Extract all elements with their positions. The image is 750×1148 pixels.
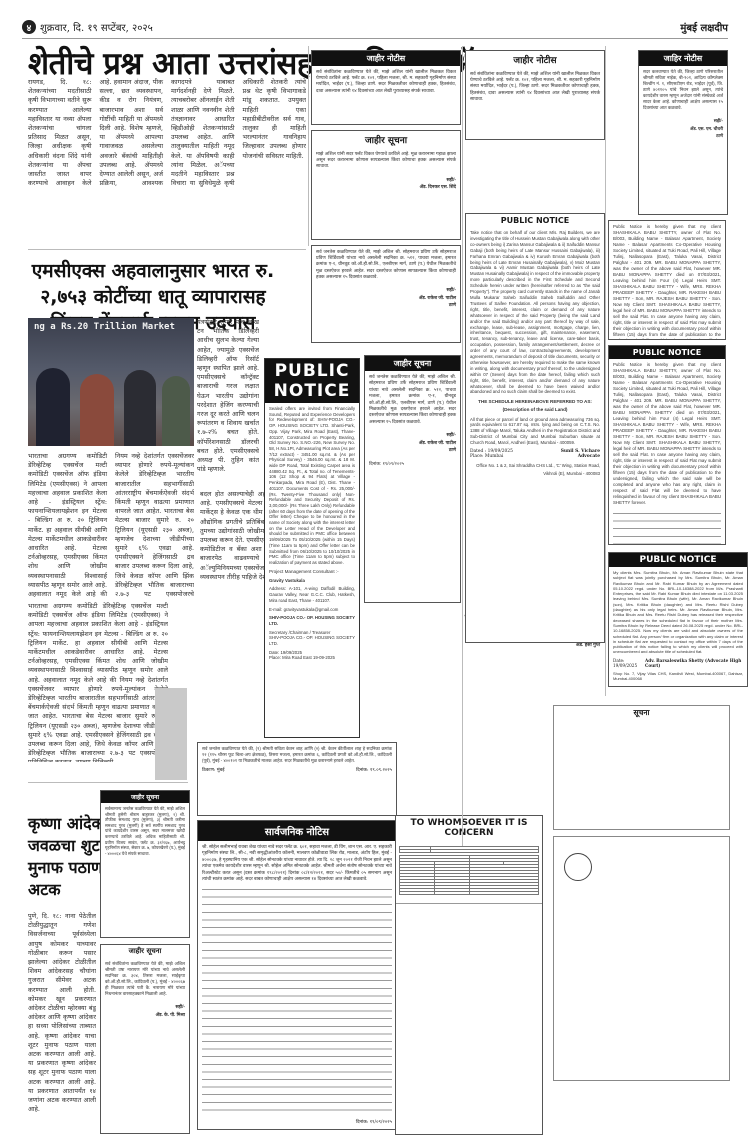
notice-signatory: Secretary /Chairman / Treasurer SHIV-POO… — [265, 630, 359, 650]
header-divider — [22, 38, 728, 39]
person-silhouette — [80, 374, 114, 446]
jahir-suchana-wide-2: सार्वजनिक नोटिस श्री. सोहेल सलीमभाई रावब… — [197, 820, 397, 1130]
photo-banner-text: ng a Rs.20 Trillion Market — [28, 318, 194, 336]
notice-title: सार्वजनिक नोटिस — [198, 821, 396, 841]
notice-body-continued — [613, 511, 721, 545]
notice-date: Date: 19/09/2025 — [613, 658, 645, 668]
notice-footer: Date: 19/09/2025 Adv. Barsaleswika Shett… — [609, 658, 747, 668]
notice-body: सर्व जनतेस कळविण्यात येते की, माझे अशिल … — [365, 371, 460, 428]
public-notice-shetty: PUBLIC NOTICE My clients Mrs. Sumitra Bh… — [608, 552, 748, 687]
consultant-address: Address: A-101, A-wing Daffodil Building… — [265, 586, 359, 606]
notice-title: जाहीर सूचना — [312, 131, 460, 148]
public-notice-sealed-offers: PUBLIC NOTICE Sealed offers are invited … — [264, 358, 360, 738]
crime-article-body: पुणे, दि. १८: नाना पेठेतील टोळीयुद्धातून… — [28, 912, 96, 1134]
notice-signature: सही/- ॲड. दिनकर एस. शिंदे — [312, 173, 460, 194]
schedule-subtitle: (Description of the said Land) — [466, 406, 604, 414]
notice-body: सर्व संबंधितांना कळविण्यात येते की, माझे… — [101, 958, 189, 1000]
notice-title: जाहीर नोटीस — [312, 51, 460, 66]
notice-footer: Dated : 19/09/2025 Place: Mumbai Sunil S… — [466, 449, 604, 459]
suchana-society-notice — [553, 836, 730, 1081]
notice-title: जाहीर सूचना — [101, 791, 189, 803]
mcx-article-body: भारताचा अग्रगण्य कमोडिटी डेरिव्हेटिव्ह ए… — [28, 452, 194, 600]
mcx-article-continued: भारताचा अग्रगण्य कमोडिटी डेरिव्हेटिव्ह ए… — [28, 602, 168, 762]
mcx-event-photo: ng a Rs.20 Trillion Market — [28, 318, 194, 446]
notice-footer: दिनांक: १९/०९/२०२५ — [198, 1119, 396, 1125]
notice-title: जाहिर नोटीस — [639, 51, 727, 66]
carpet-area-table — [399, 855, 539, 895]
notice-body: सर्व जनतेस कळविण्यात येते की, माझे अशिल … — [312, 246, 460, 283]
society-stamp — [564, 853, 592, 881]
notice-signature: सही/- ॲड. राकेश जी. पाटील ठाणे — [365, 428, 460, 457]
notice-place-date — [554, 851, 729, 883]
notice-body: सर्वसामान्य जनतेस कळविण्यात येते की, माझ… — [101, 803, 189, 859]
society-name: SHIV-POOJA CO.- OP. HOUSING SOCIETY LTD. — [265, 615, 359, 629]
public-notice-gabajiwala: PUBLIC NOTICE Take notice that on behalf… — [465, 213, 605, 643]
date-line: शुक्रवार, दि. १९ सप्टेंबर, २०२५ — [40, 20, 153, 34]
jahir-notice-top-right: जाहिर नोटीस सदर कलवण्यात येते की, जिल्हा… — [638, 50, 728, 215]
masthead: मुंबई लक्षदीप — [680, 20, 728, 34]
mcx-article-side: यंत्रणेद्वारे सुमारे पाच लाख टन भौतिक डि… — [197, 318, 259, 488]
lead-article-body: रायगड, दि. १८: शेतकऱ्यांच्या मदतीसाठी कृ… — [28, 78, 306, 246]
jahir-suchana-right-col: PUBLIC NOTICE Public Notice is hereby gi… — [608, 345, 726, 545]
notice-office: Office No. 1 & 2, Sai Shraddha CHS Ltd.,… — [466, 459, 604, 480]
paschim-notice: जाहीर सूचना सर्व संबंधितांना कळविण्यात य… — [100, 944, 190, 1134]
notice-body: माझे अशिल यांनी सदर फ्लॅट विकत घेण्याचे … — [312, 148, 460, 173]
jahir-suchana-wide: सर्व जनतेस कळविण्यात येते की, (१) श्रीमत… — [197, 742, 397, 816]
notice-body: सदर कलवण्यात येते की, जिल्हा ठाणे परिसरा… — [639, 66, 727, 114]
notice-title: PUBLIC NOTICE — [265, 359, 359, 403]
notice-title: जाहीर सूचना — [101, 945, 189, 958]
notice-date: दिनांक: १९.०९.२०२५ — [356, 767, 392, 773]
notice-signature: सही/- ॲड. के. पी. मिश्रा — [101, 1000, 189, 1021]
ad-placeholder — [155, 688, 187, 780]
notice-date: Date: 19/09/2025 Place: Mira Road East 1… — [265, 650, 359, 664]
notice-body: श्री. सोहेल सलीमभाई रावबा शेख यांच्या ना… — [198, 841, 396, 885]
notice-body: सर्व संबंधितांना कळविण्यात येते की, माझे… — [312, 66, 460, 97]
notice-date: दिनांक: १९/०९/२०२५ — [356, 1119, 392, 1125]
column-divider — [308, 46, 309, 246]
column-divider — [462, 46, 463, 846]
page-header-left: ४ शुक्रवार, दि. १९ सप्टेंबर, २०२५ — [22, 20, 153, 34]
column-divider — [605, 46, 606, 696]
notice-date: दिनांक: १९/०९/२०२५ — [365, 457, 460, 471]
notice-address — [396, 903, 542, 910]
schedule-body: All that piece or parcel of land or grou… — [466, 414, 604, 450]
consultant-name: Gravity Vastukala — [265, 578, 359, 587]
notice-title: TO WHOMSOEVER IT IS CONCERN — [396, 816, 542, 840]
notice-title: जाहीर सूचना — [365, 356, 460, 371]
notice-place: ठिकाण: मुंबई — [202, 767, 225, 773]
notice-signature: सही/- ॲड. एस. एम. चौधरी ठाणे — [639, 114, 727, 143]
notice-title: PUBLIC NOTICE — [609, 553, 747, 567]
divider — [28, 249, 306, 250]
notice-outro — [396, 895, 542, 901]
jahir-notice-mid-right: जाहीर नोटीस सर्व संबंधितांना कळविण्यात य… — [465, 50, 605, 140]
notice-body-continued — [202, 887, 392, 1117]
notice-signature: सही/- ॲड. राकेश जी. पाटील ठाणे — [312, 283, 460, 312]
schedule-title: THE SCHEDULE HEREINABOVE REFERRED TO AS: — [466, 398, 604, 406]
jahir-suchana-right-top: Public Notice is hereby given that my cl… — [608, 220, 726, 340]
jahir-suchana-advocate: सर्व जनतेस कळविण्यात येते की, माझे अशिल … — [311, 245, 461, 343]
notice-title: PUBLIC NOTICE — [466, 214, 604, 227]
to-whomsoever-notice: सूचना — [553, 705, 730, 830]
notice-body: My clients Mrs. Sumitra Bhuin, Mr. Aman … — [609, 567, 747, 658]
notice-title: PUBLIC NOTICE — [609, 346, 725, 359]
notice-body: Public Notice is hereby given that my cl… — [609, 221, 725, 340]
jahir-notice-property-table: TO WHOMSOEVER IT IS CONCERN — [395, 815, 543, 1135]
notice-body: सर्व जनतेस कळविण्यात येते की, (१) श्रीमत… — [198, 743, 396, 767]
property-table-wrap — [396, 846, 542, 895]
notice-place: Place: Mumbai — [470, 454, 513, 459]
jahir-suchana-small: जाहीर सूचना माझे अशिल यांनी सदर फ्लॅट वि… — [311, 130, 461, 240]
notice-signature-block — [554, 726, 729, 732]
consultant-email: E-mail: gravityvastukala@gmail.com — [265, 607, 359, 616]
notice-body: Take notice that on behalf of our client… — [466, 227, 604, 398]
person-silhouette — [162, 376, 190, 446]
page-number: ४ — [22, 20, 36, 34]
property-info-table — [399, 846, 539, 853]
person-silhouette — [36, 368, 70, 446]
notice-body: सर्व संबंधितांना कळविण्यात येते की, माझे… — [466, 68, 604, 105]
notice-title: जाहीर नोटीस — [466, 51, 604, 68]
notice-signatory: Adv. Barsaleswika Shetty (Advocate High … — [645, 658, 743, 668]
notice-footer: ठिकाण: मुंबई दिनांक: १९.०९.२०२५ — [198, 767, 396, 773]
divider — [28, 782, 188, 783]
notice-signatory-role: Advocate — [561, 454, 600, 459]
notice-body: Public Notice is hereby given that my cl… — [609, 359, 725, 509]
consultant-label: Project Management Consultant :- — [265, 569, 359, 578]
person-silhouette — [124, 370, 156, 446]
jahir-suchana-mid: जाहीर सूचना सर्व जनतेस कळविण्यात येते की… — [364, 355, 461, 603]
notice-body: Sealed offers are invited from Financial… — [265, 403, 359, 569]
public-notice-bhuin: जाहीर सूचना सर्वसामान्य जनतेस कळविण्यात … — [100, 790, 190, 938]
jahir-notice-top-mid: जाहीर नोटीस सर्व संबंधितांना कळविण्यात य… — [311, 50, 461, 125]
notice-office: Shop No. 7, Vijay Vilas CHS, Kandivli We… — [609, 668, 747, 684]
notice-title: सूचना — [554, 706, 729, 720]
